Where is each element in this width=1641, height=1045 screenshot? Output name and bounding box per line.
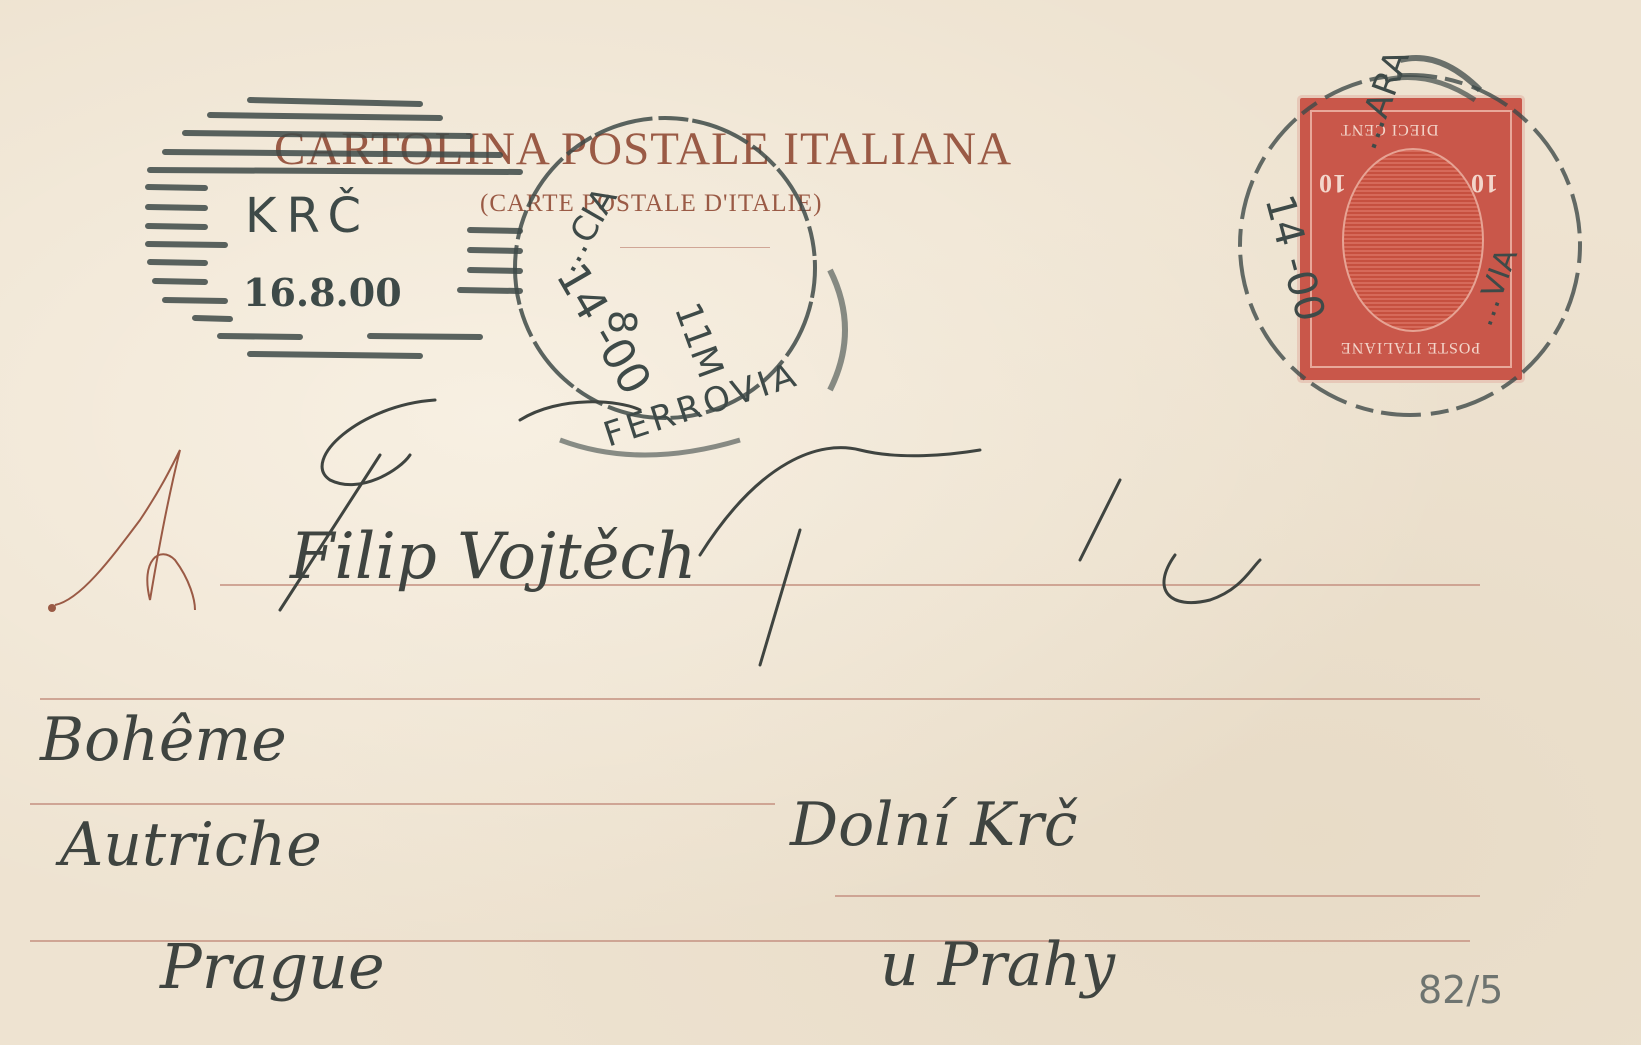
postmark-1-date: 16.8.00 [243,270,402,315]
address-line-town: Dolní Krč [790,790,1077,860]
address-line-country-1: Bohême [40,705,287,775]
pencil-note: 82/5 [1418,968,1503,1012]
address-line-country-2: Autriche [60,810,322,880]
address-line-city: Prague [160,930,385,1003]
postmark-2-month: 8 [600,310,644,334]
ink-artwork [0,0,1641,1045]
address-line-district: u Prahy [880,930,1115,1000]
address-line-name: Filip Vojtěch [290,520,697,594]
postcard: CARTOLINA POSTALE ITALIANA (CARTE POSTAL… [0,0,1641,1045]
postmark-1-town: KRČ [245,188,371,244]
